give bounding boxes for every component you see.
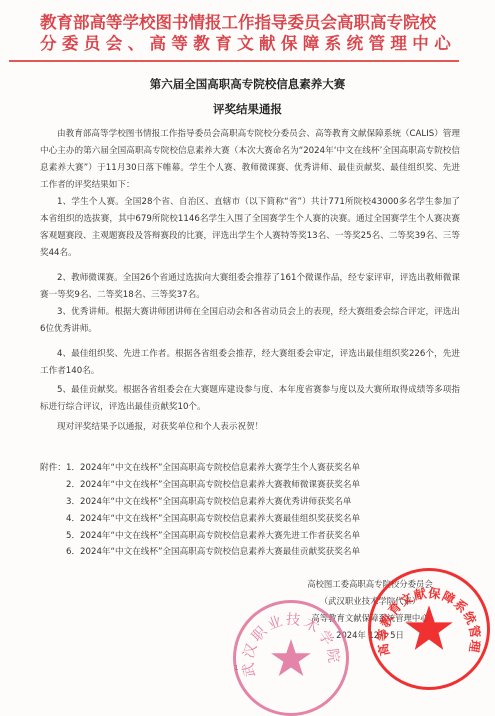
body-paragraph-5: 5、最佳贡献奖。根据各省组委会在大赛题库建设参与度、本年度省赛参与度以及大赛所取…	[40, 382, 460, 416]
body-paragraph-intro: 由教育部高等学校图书情报工作指导委员会高职高专院校分委员会、高等教育文献保障系统…	[40, 126, 460, 194]
attachment-item: 5．2024年“中文在线杯”全国高职高专院校信息素养大赛先进工作者获奖名单	[66, 528, 360, 545]
attachment-row: 附件： 1．2024年“中文在线杯”全国高职高专院校信息素养大赛学生个人赛获奖名…	[40, 460, 460, 477]
attachment-row: 2．2024年“中文在线杯”全国高职高专院校信息素养大赛教师微课赛获奖名单	[40, 477, 460, 494]
attachment-row: 5．2024年“中文在线杯”全国高职高专院校信息素养大赛先进工作者获奖名单	[40, 528, 460, 545]
letterhead-divider	[9, 60, 459, 62]
document-page: 教育部高等学校图书情报工作指导委员会高职高专院校 分委员会、高等教育文献保障系统…	[0, 0, 495, 716]
paragraph: 由教育部高等学校图书情报工作指导委员会高职高专院校分委员会、高等教育文献保障系统…	[40, 126, 460, 194]
attachment-row: 3．2024年“中文在线杯”全国高职高专院校信息素养大赛优秀讲师获奖名单	[40, 494, 460, 511]
letterhead: 教育部高等学校图书情报工作指导委员会高职高专院校 分委员会、高等教育文献保障系统…	[40, 12, 460, 54]
paragraph: 3、优秀讲师。根据大赛讲师团讲师在全国启动会和各省动员会上的表现，经大赛组委会综…	[40, 304, 460, 338]
body-paragraph-4: 4、最佳组织奖、先进工作者。根据各省组委会推荐，经大赛组委会审定，评选出最佳组织…	[40, 346, 460, 380]
paragraph: 现对评奖结果予以通报，对获奖单位和个人表示祝贺！	[40, 419, 460, 436]
document-subtitle: 评奖结果通报	[0, 101, 495, 117]
attachments-label: 附件：	[40, 460, 64, 477]
star-icon: 武汉职业技术学院	[236, 603, 346, 713]
body-paragraph-3: 3、优秀讲师。根据大赛讲师团讲师在全国启动会和各省动员会上的表现，经大赛组委会综…	[40, 304, 460, 338]
document-title: 第六届全国高职高专院校信息素养大赛	[0, 76, 495, 92]
body-paragraph-closing: 现对评奖结果予以通报，对获奖单位和个人表示祝贺！	[40, 419, 460, 436]
paragraph: 5、最佳贡献奖。根据各省组委会在大赛题库建设参与度、本年度省赛参与度以及大赛所取…	[40, 382, 460, 416]
body-paragraph-1: 1、学生个人赛。全国28个省、自治区、直辖市（以下简称“省”）共计771所院校4…	[40, 194, 460, 262]
attachment-row: 6．2024年“中文在线杯”全国高职高专院校信息素养大赛最佳贡献奖获奖名单	[40, 544, 460, 561]
attachment-item: 3．2024年“中文在线杯”全国高职高专院校信息素养大赛优秀讲师获奖名单	[66, 494, 351, 511]
attachment-item: 2．2024年“中文在线杯”全国高职高专院校信息素养大赛教师微课赛获奖名单	[66, 477, 360, 494]
letterhead-line-1: 教育部高等学校图书情报工作指导委员会高职高专院校	[40, 12, 460, 33]
paragraph: 4、最佳组织奖、先进工作者。根据各省组委会推荐，经大赛组委会审定，评选出最佳组织…	[40, 346, 460, 380]
seal-right-stamp-icon: 高等教育文献保障系统管理中心	[368, 568, 490, 690]
attachment-item: 6．2024年“中文在线杯”全国高职高专院校信息素养大赛最佳贡献奖获奖名单	[66, 544, 360, 561]
letterhead-line-2: 分委员会、高等教育文献保障系统管理中心	[40, 33, 460, 54]
attachment-item: 1．2024年“中文在线杯”全国高职高专院校信息素养大赛学生个人赛获奖名单	[66, 460, 360, 477]
attachments-list: 附件： 1．2024年“中文在线杯”全国高职高专院校信息素养大赛学生个人赛获奖名…	[40, 460, 460, 561]
paragraph: 2、教师微课赛。全国26个省通过选拔向大赛组委会推荐了161个微课作品，经专家评…	[40, 270, 460, 304]
paragraph: 1、学生个人赛。全国28个省、自治区、直辖市（以下简称“省”）共计771所院校4…	[40, 194, 460, 262]
body-paragraph-2: 2、教师微课赛。全国26个省通过选拔向大赛组委会推荐了161个微课作品，经专家评…	[40, 270, 460, 304]
attachment-row: 4．2024年“中文在线杯”全国高职高专院校信息素养大赛最佳组织奖获奖名单	[40, 511, 460, 528]
seal-left-stamp-icon: 武汉职业技术学院	[233, 600, 349, 716]
attachment-item: 4．2024年“中文在线杯”全国高职高专院校信息素养大赛最佳组织奖获奖名单	[66, 511, 360, 528]
star-icon: 高等教育文献保障系统管理中心	[371, 571, 487, 687]
